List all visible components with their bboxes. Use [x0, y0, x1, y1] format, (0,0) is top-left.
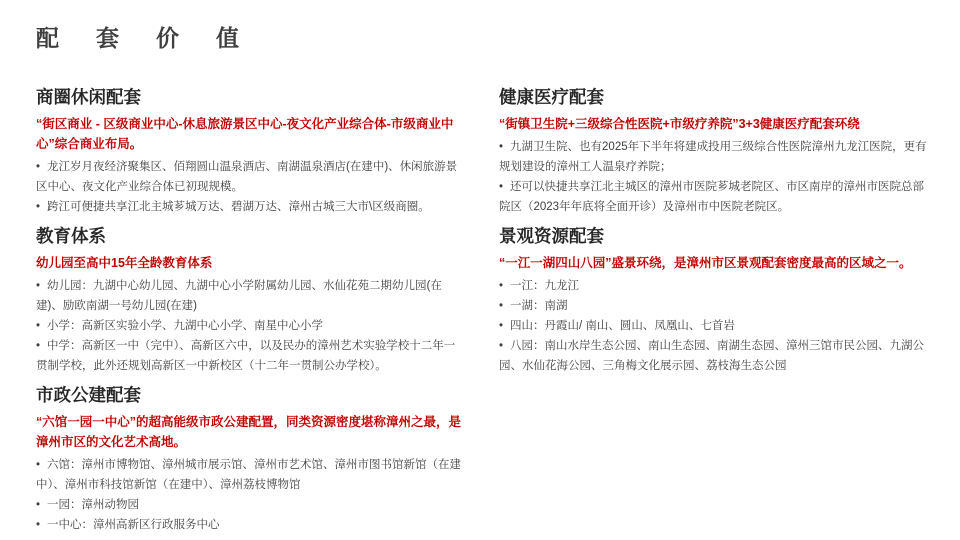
section-lead: 幼儿园至高中15年全龄教育体系 — [36, 253, 463, 273]
bullet-item: 一中心：漳州高新区行政服务中心 — [36, 515, 463, 535]
section-municipal-public: 市政公建配套 “六馆一园一中心”的超高能级市政公建配置，同类资源密度堪称漳州之最… — [36, 384, 463, 535]
page-title: 配套价值 — [36, 20, 276, 53]
section-lead: “街镇卫生院+三级综合性医院+市级疗养院”3+3健康医疗配套环绕 — [499, 114, 933, 134]
section-lead: “街区商业 - 区级商业中心-休息旅游景区中心-夜文化产业综合体-市级商业中心”… — [36, 114, 463, 154]
slide: 配套价值 商圈休闲配套 “街区商业 - 区级商业中心-休息旅游景区中心-夜文化产… — [0, 0, 960, 540]
section-heading: 市政公建配套 — [36, 384, 463, 406]
bullet-item: 四山：丹霞山/ 南山、圆山、凤凰山、七首岩 — [499, 316, 933, 336]
section-lead: “六馆一园一中心”的超高能级市政公建配置，同类资源密度堪称漳州之最，是漳州市区的… — [36, 412, 463, 452]
bullet-item: 一江：九龙江 — [499, 276, 933, 296]
section-heading: 商圈休闲配套 — [36, 86, 463, 108]
section-heading: 景观资源配套 — [499, 225, 933, 247]
bullet-item: 中学：高新区一中（完中）、高新区六中，以及民办的漳州艺术实验学校十二年一贯制学校… — [36, 336, 463, 376]
left-column: 商圈休闲配套 “街区商业 - 区级商业中心-休息旅游景区中心-夜文化产业综合体-… — [36, 86, 463, 540]
bullet-item: 龙江岁月夜经济聚集区、佰翔圆山温泉酒店、南湖温泉酒店(在建中)、休闲旅游景区中心… — [36, 157, 463, 197]
section-heading: 教育体系 — [36, 225, 463, 247]
bullet-item: 一园：漳州动物园 — [36, 495, 463, 515]
bullet-item: 幼儿园：九湖中心幼儿园、九湖中心小学附属幼儿园、水仙花苑二期幼儿园(在建)、励欧… — [36, 276, 463, 316]
bullet-item: 八园：南山水岸生态公园、南山生态园、南湖生态园、漳州三馆市民公园、九湖公园、水仙… — [499, 336, 933, 376]
bullet-item: 一湖：南湖 — [499, 296, 933, 316]
section-heading: 健康医疗配套 — [499, 86, 933, 108]
bullet-item: 六馆：漳州市博物馆、漳州城市展示馆、漳州市艺术馆、漳州市图书馆新馆（在建中）、漳… — [36, 455, 463, 495]
section-education: 教育体系 幼儿园至高中15年全龄教育体系 幼儿园：九湖中心幼儿园、九湖中心小学附… — [36, 225, 463, 376]
bullet-item: 九湖卫生院、也有2025年下半年将建成投用三级综合性医院漳州九龙江医院，更有规划… — [499, 137, 933, 177]
section-health-medical: 健康医疗配套 “街镇卫生院+三级综合性医院+市级疗养院”3+3健康医疗配套环绕 … — [499, 86, 933, 217]
bullet-item: 小学：高新区实验小学、九湖中心小学、南星中心小学 — [36, 316, 463, 336]
bullet-item: 跨江可便捷共享江北主城芗城万达、碧湖万达、漳州古城三大市\区级商圈。 — [36, 197, 463, 217]
section-landscape-resources: 景观资源配套 “一江一湖四山八园”盛景环绕，是漳州市区景观配套密度最高的区域之一… — [499, 225, 933, 376]
section-business-leisure: 商圈休闲配套 “街区商业 - 区级商业中心-休息旅游景区中心-夜文化产业综合体-… — [36, 86, 463, 217]
bullet-item: 还可以快捷共享江北主城区的漳州市医院芗城老院区、市区南岸的漳州市医院总部院区（2… — [499, 177, 933, 217]
section-lead: “一江一湖四山八园”盛景环绕，是漳州市区景观配套密度最高的区域之一。 — [499, 253, 933, 273]
right-column: 健康医疗配套 “街镇卫生院+三级综合性医院+市级疗养院”3+3健康医疗配套环绕 … — [499, 86, 933, 384]
